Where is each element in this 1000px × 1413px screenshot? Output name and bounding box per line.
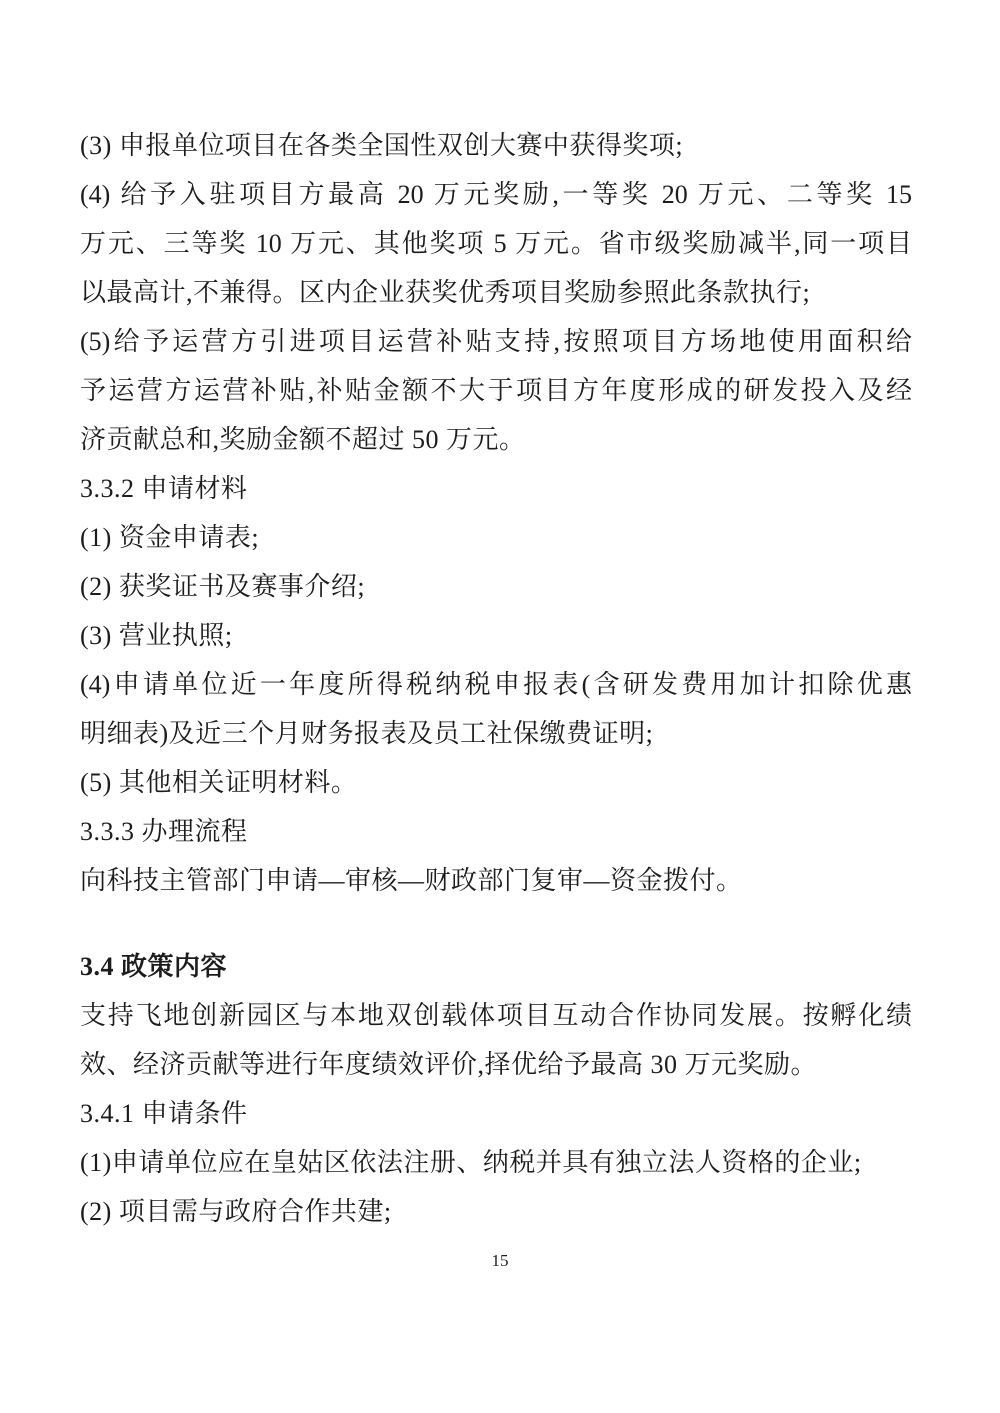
doc-line: (5)给予运营方引进项目运营补贴支持,按照项目方场地使用面积给 <box>80 317 912 366</box>
doc-line: 向科技主管部门申请—审核—财政部门复审—资金拨付。 <box>80 856 912 905</box>
doc-line: (1) 资金申请表; <box>80 513 912 562</box>
doc-line: (3) 营业执照; <box>80 611 912 660</box>
doc-line: (5) 其他相关证明材料。 <box>80 758 912 807</box>
page-footer: 15 <box>0 1248 1000 1274</box>
doc-line: 明细表)及近三个月财务报表及员工社保缴费证明; <box>80 709 912 758</box>
doc-line: 济贡献总和,奖励金额不超过 50 万元。 <box>80 415 912 464</box>
doc-line: 予运营方运营补贴,补贴金额不大于项目方年度形成的研发投入及经 <box>80 366 912 415</box>
heading-3-3-3: 3.3.3 办理流程 <box>80 807 912 856</box>
heading-3-4-1: 3.4.1 申请条件 <box>80 1089 912 1138</box>
doc-line: (4)申请单位近一年度所得税纳税申报表(含研发费用加计扣除优惠 <box>80 660 912 709</box>
heading-3-4: 3.4 政策内容 <box>80 942 912 991</box>
doc-line: (2) 项目需与政府合作共建; <box>80 1187 912 1236</box>
document-page: (3) 申报单位项目在各类全国性双创大赛中获得奖项; (4) 给予入驻项目方最高… <box>0 0 1000 1413</box>
heading-3-3-2: 3.3.2 申请材料 <box>80 464 912 513</box>
doc-line: 万元、三等奖 10 万元、其他奖项 5 万元。省市级奖励减半,同一项目 <box>80 219 912 268</box>
doc-line: 支持飞地创新园区与本地双创载体项目互动合作协同发展。按孵化绩 <box>80 991 912 1040</box>
doc-line: (2) 获奖证书及赛事介绍; <box>80 562 912 611</box>
document-body: (3) 申报单位项目在各类全国性双创大赛中获得奖项; (4) 给予入驻项目方最高… <box>80 121 912 1236</box>
doc-line: 以最高计,不兼得。区内企业获奖优秀项目奖励参照此条款执行; <box>80 268 912 317</box>
page-number: 15 <box>492 1251 509 1270</box>
doc-line: (4) 给予入驻项目方最高 20 万元奖励,一等奖 20 万元、二等奖 15 <box>80 170 912 219</box>
doc-line: (3) 申报单位项目在各类全国性双创大赛中获得奖项; <box>80 121 912 170</box>
doc-line: 效、经济贡献等进行年度绩效评价,择优给予最高 30 万元奖励。 <box>80 1040 912 1089</box>
doc-line: (1)申请单位应在皇姑区依法注册、纳税并具有独立法人资格的企业; <box>80 1138 912 1187</box>
